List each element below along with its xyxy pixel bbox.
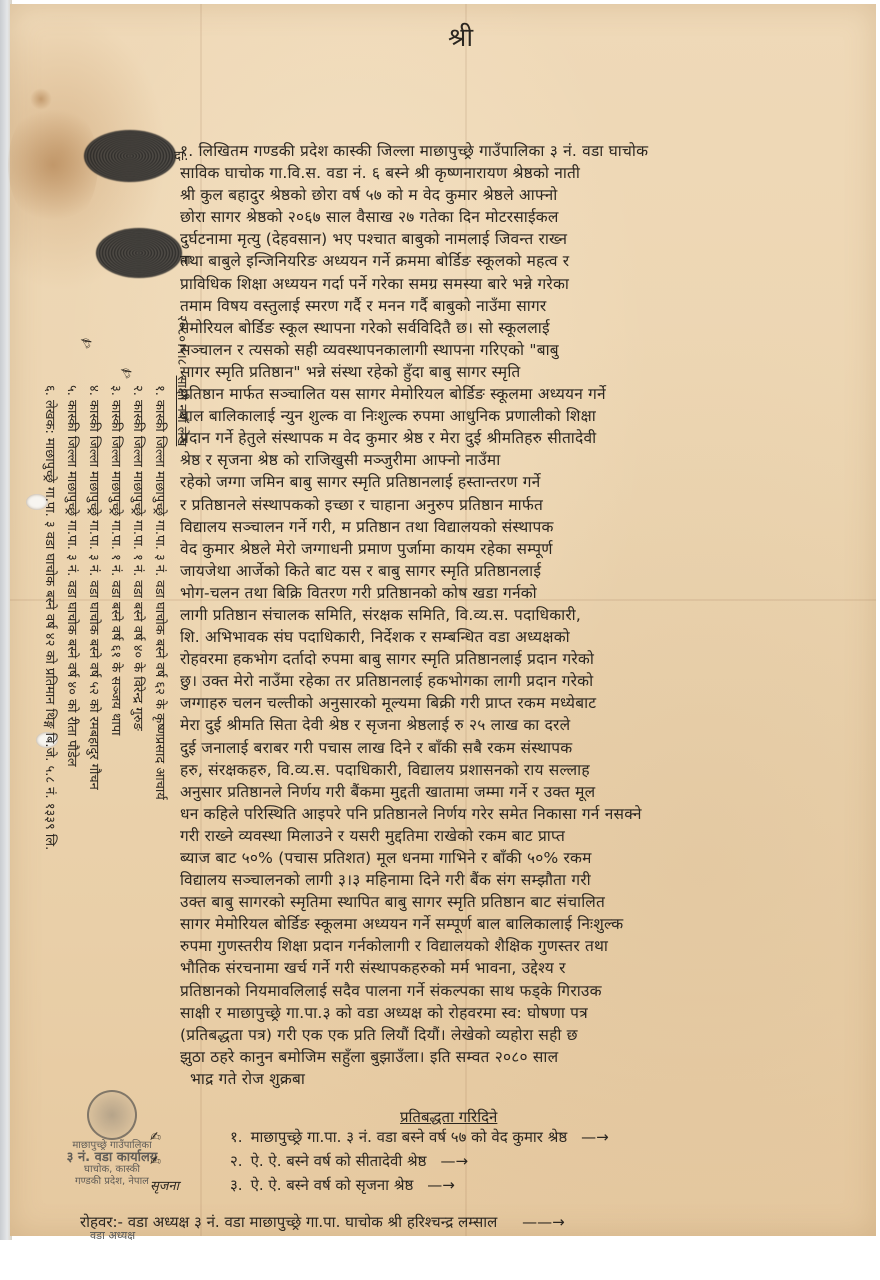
body-line: जायजेथा आर्जेको किते बाट यस र बाबु सागर …: [180, 560, 870, 582]
margin-signature: ✍: [76, 334, 96, 352]
body-line: बाल बालिकालाई न्युन शुल्क वा निःशुल्क रु…: [180, 405, 870, 427]
signatory-row: ✍ १. माछापुच्छ्रे गा.पा. ३ नं. वडा बस्ने…: [150, 1125, 850, 1149]
signature: ✍: [150, 1154, 230, 1169]
body-line: छु। उक्त मेरो नाउँमा रहेका तर प्रतिष्ठान…: [180, 670, 870, 692]
signature: सृजना: [150, 1176, 230, 1194]
margin-line: ४. कास्की जिल्ला माछापुच्छ्रे गा.पा. ३ न…: [86, 385, 104, 790]
body-line: रहेको जग्गा जमिन बाबु सागर स्मृति प्रतिष…: [180, 471, 870, 493]
body-line: श्रेष्ठ र सृजना श्रेष्ठ को राजिखुसी मञ्ज…: [180, 449, 870, 471]
body-line: प्राविधिक शिक्षा अध्ययन गर्दा पर्ने गरेक…: [180, 273, 870, 295]
witness-margin: ✍ ✍ २०८०।५।८ साक्षी नयाँ लेख १. कास्की ज…: [20, 315, 200, 1215]
arrow-icon: —→: [440, 1152, 468, 1170]
margin-title: साक्षी नयाँ लेख: [174, 376, 189, 447]
body-line: दुर्घटनामा मृत्यु (देहवसान) भए पश्चात बा…: [180, 228, 870, 250]
body-line: मेमोरियल बोर्डिङ स्कूल स्थापना गरेको सर्…: [180, 317, 870, 339]
signatory-number: २.: [230, 1151, 243, 1171]
declaration-body: १. लिखितम गण्डकी प्रदेश कास्की जिल्ला मा…: [180, 140, 870, 1090]
fingerprint-right-thumb: [84, 130, 176, 182]
stamp-line: ३ नं. वडा कार्यालय: [62, 1152, 162, 1164]
body-line: वेद कुमार श्रेष्ठले मेरो जग्गाधनी प्रमाण…: [180, 538, 870, 560]
water-stain: [8, 100, 98, 230]
body-line: र प्रतिष्ठानले संस्थापकको इच्छा र चाहाना…: [180, 494, 870, 516]
arrow-icon: —→: [427, 1176, 455, 1194]
body-line: लागी प्रतिष्ठान संचालक समिति, संरक्षक सम…: [180, 604, 870, 626]
body-line: सागर मेमोरियल बोर्डिङ स्कूलमा अध्ययन गर्…: [180, 913, 870, 935]
ink-spot: [30, 88, 52, 110]
signature: ✍: [150, 1130, 230, 1145]
body-line: श्री कुल बहादुर श्रेष्ठको छोरा वर्ष ५७ क…: [180, 184, 870, 206]
margin-line: ३. कास्की जिल्ला माछापुच्छ्रे गा.पा. १ न…: [108, 385, 126, 735]
arrow-icon: —→: [581, 1128, 609, 1146]
margin-line: ६. लेखक: माछापुच्छ्रे गा.पा. ३ वडा घाचोक…: [42, 385, 60, 850]
stamp-line: घाचोक, कास्की: [62, 1164, 162, 1176]
body-line: उक्त बाबु सागरको स्मृतिमा स्थापित बाबु स…: [180, 891, 870, 913]
body-line: सागर स्मृति प्रतिष्ठान" भन्ने संस्था रहे…: [180, 361, 870, 383]
body-line: रुपमा गुणस्तरीय शिक्षा प्रदान गर्नकोलागी…: [180, 935, 870, 957]
body-line: प्रदान गर्ने हेतुले संस्थापक म वेद कुमार…: [180, 427, 870, 449]
signatories-list: ✍ १. माछापुच्छ्रे गा.पा. ३ नं. वडा बस्ने…: [150, 1125, 850, 1197]
stamp-line: गण्डकी प्रदेश, नेपाल: [62, 1176, 162, 1188]
signatory-text: ऐ. ऐ. बस्ने वर्ष को सृजना श्रेष्ठ: [251, 1175, 414, 1195]
margin-line: २. कास्की जिल्ला माछापुच्छ्रे गा.पा. १ न…: [130, 385, 148, 731]
document-heading: श्री: [448, 18, 473, 54]
ward-chair-label: वडा अध्यक्ष: [90, 1228, 135, 1243]
signatory-row: ✍ २. ऐ. ऐ. बस्ने वर्ष को सीतादेवी श्रेष्…: [150, 1149, 850, 1173]
arrow-icon: ——→: [522, 1213, 565, 1231]
signatory-number: १.: [230, 1127, 243, 1147]
body-line: प्रतिष्ठानको नियमावलिलाई सदैव पालना गर्न…: [180, 980, 870, 1002]
fingerprint-left-thumb: [96, 228, 182, 278]
body-line: गरी राख्ने व्यवस्था मिलाउने र यसरी मुद्द…: [180, 825, 870, 847]
body-line: शि. अभिभावक संघ पदाधिकारी, निर्देशक र सम…: [180, 626, 870, 648]
body-line: १. लिखितम गण्डकी प्रदेश कास्की जिल्ला मा…: [180, 140, 870, 162]
body-line: अनुसार प्रतिष्ठानले निर्णय गरी बैंकमा मु…: [180, 781, 870, 803]
commitment-heading: प्रतिबद्धता गरिदिने: [400, 1107, 497, 1127]
body-line: मेरा दुई श्रीमति सिता देवी श्रेष्ठ र सृज…: [180, 714, 870, 736]
body-line: भाद्र गते रोज शुक्रबा: [180, 1068, 870, 1090]
body-line: छोरा सागर श्रेष्ठको २०६७ साल वैसाख २७ गत…: [180, 206, 870, 228]
margin-line: १. कास्की जिल्ला माछापुच्छ्रे गा.पा. ३ न…: [152, 385, 170, 800]
body-line: साविक घाचोक गा.वि.स. वडा नं. ६ बस्ने श्र…: [180, 162, 870, 184]
attestation-text: रोहवर:- वडा अध्यक्ष ३ नं. वडा माछापुच्छ्…: [80, 1213, 497, 1231]
margin-heading: २०८०।५।८ साक्षी नयाँ लेख: [174, 315, 192, 446]
signatory-text: माछापुच्छ्रे गा.पा. ३ नं. वडा बस्ने वर्ष…: [251, 1127, 568, 1147]
body-line: भोग-चलन तथा बिक्रि वितरण गरी प्रतिष्ठानक…: [180, 582, 870, 604]
body-line: झुठा ठहरे कानुन बमोजिम सहुँला बुझाउँला। …: [180, 1046, 870, 1068]
body-line: साक्षी र माछापुच्छ्रे गा.पा.३ को वडा अध्…: [180, 1002, 870, 1024]
body-line: हरु, संरक्षकहरु, वि.व्य.स. पदाधिकारी, वि…: [180, 759, 870, 781]
margin-signature: ✍: [116, 364, 136, 382]
body-line: विद्यालय सञ्चालन गर्ने गरी, म प्रतिष्ठान…: [180, 516, 870, 538]
signatory-number: ३.: [230, 1175, 243, 1195]
body-line: धन कहिले परिस्थिति आइपरे पनि प्रतिष्ठानल…: [180, 803, 870, 825]
body-line: तथा बाबुले इन्जिनियरिङ अध्ययन गर्ने क्रम…: [180, 250, 870, 272]
margin-date: २०८०।५।८: [174, 315, 189, 365]
signatory-text: ऐ. ऐ. बस्ने वर्ष को सीतादेवी श्रेष्ठ: [251, 1151, 427, 1171]
ward-chair-attestation: रोहवर:- वडा अध्यक्ष ३ नं. वडा माछापुच्छ्…: [80, 1212, 565, 1232]
ward-office-stamp: माछापुच्छ्रे गाउँपालिका ३ नं. वडा कार्या…: [62, 1090, 162, 1190]
body-line: (प्रतिबद्धता पत्र) गरी एक एक प्रति लियौं…: [180, 1024, 870, 1046]
signatory-row: सृजना ३. ऐ. ऐ. बस्ने वर्ष को सृजना श्रेष…: [150, 1173, 850, 1197]
body-line: विद्यालय सञ्चालनको लागी ३।३ महिनामा दिने…: [180, 869, 870, 891]
margin-line: ५. कास्की जिल्ला माछापुच्छ्रे गा.पा. ३ न…: [64, 385, 82, 767]
body-line: जग्गाहरु चलन चल्तीको अनुसारको मूल्यमा बि…: [180, 692, 870, 714]
body-line: ब्याज बाट ५०% (पचास प्रतिशत) मूल धनमा गा…: [180, 847, 870, 869]
body-line: भौतिक संरचनामा खर्च गर्ने गरी संस्थापकहर…: [180, 957, 870, 979]
body-line: रोहवरमा हकभोग दर्तादो रुपमा बाबु सागर स्…: [180, 648, 870, 670]
body-line: प्रतिष्ठान मार्फत सञ्चालित यस सागर मेमोर…: [180, 383, 870, 405]
nepal-emblem-icon: [87, 1090, 137, 1140]
body-line: सञ्चालन र त्यसको सही व्यवस्थापनकालागी स्…: [180, 339, 870, 361]
body-line: तमाम विषय वस्तुलाई स्मरण गर्दै र मनन गर्…: [180, 295, 870, 317]
body-line: दुई जनालाई बराबर गरी पचास लाख दिने र बाँ…: [180, 737, 870, 759]
